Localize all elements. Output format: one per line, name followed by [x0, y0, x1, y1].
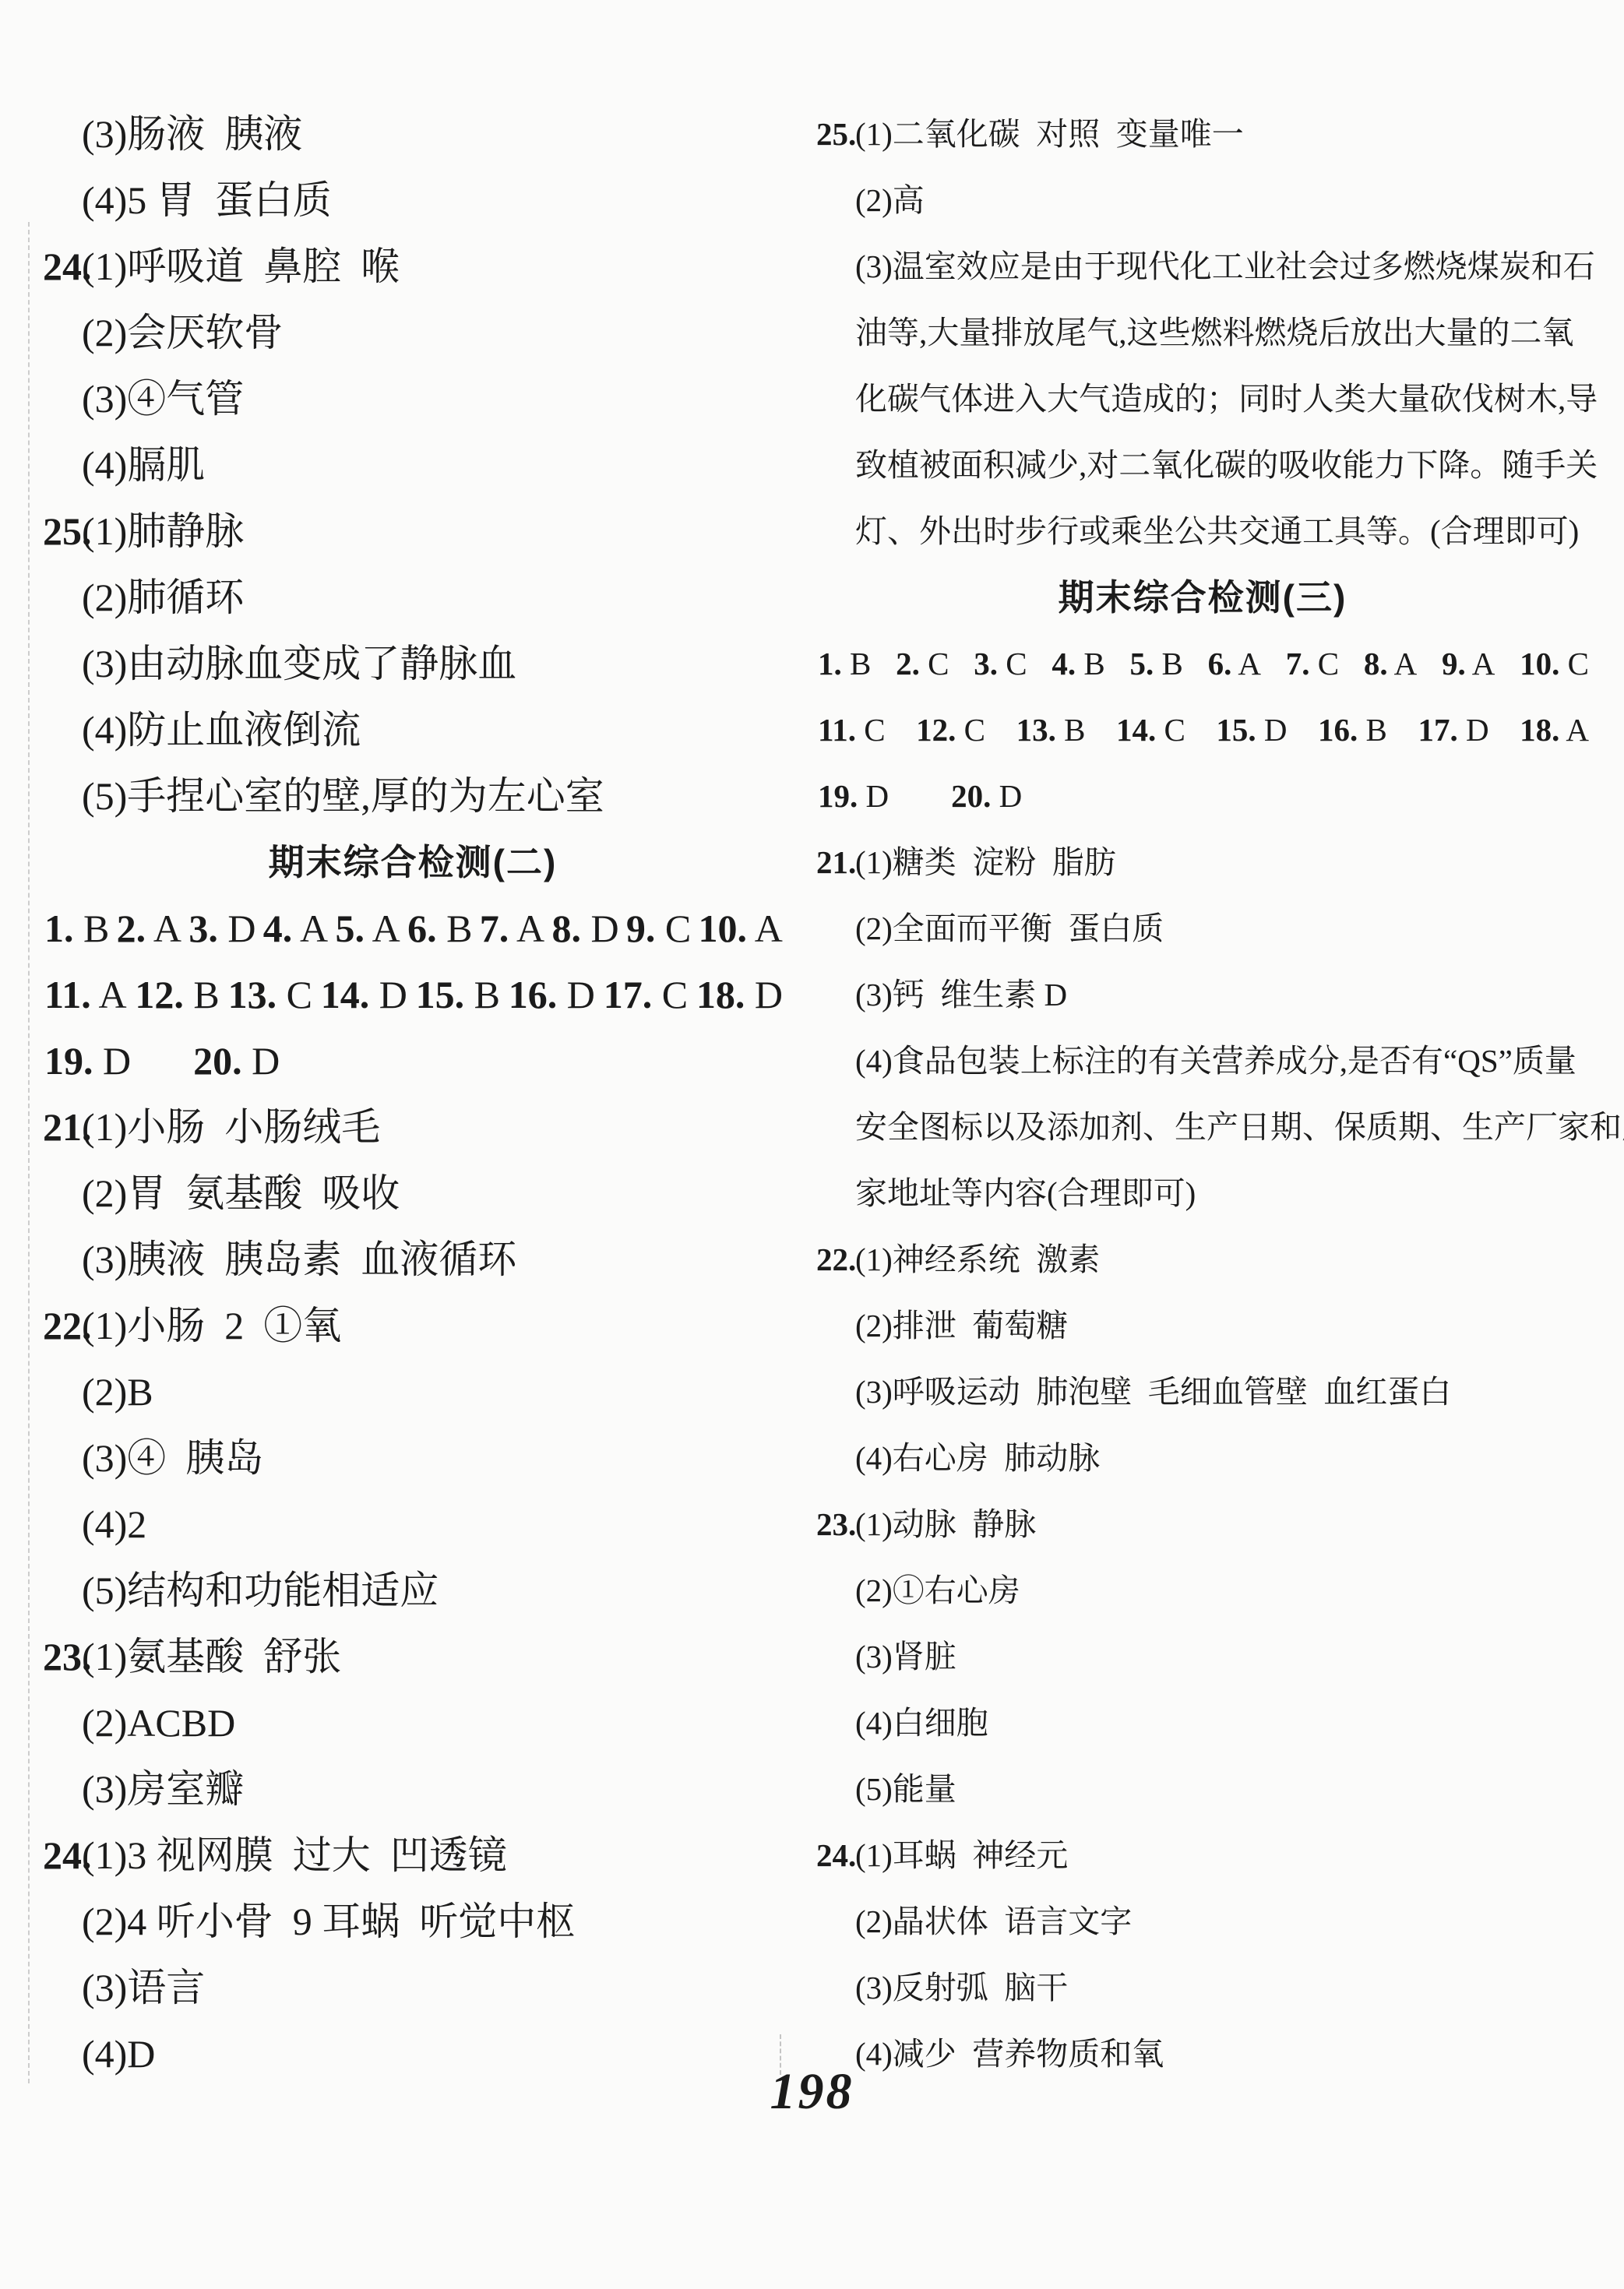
answer-text: (3)由动脉血变成了静脉血 — [82, 642, 516, 685]
choice-letter: A — [91, 973, 127, 1016]
choice-number: 7. — [480, 907, 509, 950]
choice-answer: 10. C — [1520, 631, 1589, 697]
choice-number: 9. — [1442, 646, 1466, 681]
choice-number: 19. — [818, 778, 858, 814]
answer-line: (5)手捏心室的壁,厚的为左心室 — [43, 763, 783, 829]
choice-answer: 1. B — [44, 896, 109, 962]
answer-line: (2)晶状体 语言文字 — [816, 1889, 1589, 1955]
answer-line: (2)排泄 葡萄糖 — [816, 1293, 1589, 1359]
answer-line: (5)结构和功能相适应 — [43, 1558, 783, 1624]
choice-letter: A — [509, 907, 544, 950]
answer-line: 21.(1)小肠 小肠绒毛 — [43, 1094, 783, 1160]
answer-text: (2)高 — [855, 182, 925, 218]
choice-number: 14. — [321, 973, 370, 1016]
choice-letter: D — [369, 973, 407, 1016]
choice-number: 2. — [896, 646, 920, 681]
answer-line: (2)胃 氨基酸 吸收 — [43, 1160, 783, 1227]
choice-letter: D — [557, 973, 595, 1016]
answer-line: (4)白细胞 — [816, 1690, 1589, 1756]
answer-line: 21.(1)糖类 淀粉 脂肪 — [816, 829, 1589, 896]
answer-text: (3)呼吸运动 肺泡壁 毛细血管壁 血红蛋白 — [855, 1374, 1451, 1410]
paragraph-line: 油等,大量排放尾气,这些燃料燃烧后放出大量的二氧 — [816, 300, 1589, 366]
choice-answer: 18. D — [696, 962, 783, 1028]
question-number: 24. — [43, 1822, 92, 1889]
answer-text: (1)小肠 小肠绒毛 — [82, 1105, 380, 1149]
choice-answer: 9. C — [626, 896, 691, 962]
choice-number: 20. — [193, 1039, 242, 1083]
paragraph-line: 安全图标以及添加剂、生产日期、保质期、生产厂家和厂 — [816, 1094, 1589, 1160]
answer-line: 23.(1)动脉 静脉 — [816, 1491, 1589, 1558]
choice-number: 7. — [1286, 646, 1310, 681]
answer-text: (2)4 听小骨 9 耳蜗 听觉中枢 — [82, 1900, 575, 1943]
answer-text: (2)①右心房 — [855, 1572, 1020, 1608]
choice-number: 13. — [228, 973, 277, 1016]
choice-number: 1. — [44, 907, 74, 950]
choice-number: 4. — [263, 907, 293, 950]
question-number: 23. — [43, 1624, 92, 1690]
choice-number: 18. — [1520, 712, 1559, 748]
answer-text: (1)神经系统 激素 — [855, 1241, 1100, 1277]
choice-letter: C — [652, 973, 688, 1016]
choice-letter: A — [1466, 646, 1495, 681]
answer-line: (4)膈肌 — [43, 432, 783, 498]
choice-answer: 15. B — [416, 962, 500, 1028]
answer-text: (3)胰液 胰岛素 血液循环 — [82, 1238, 516, 1281]
answer-line: (3)呼吸运动 肺泡壁 毛细血管壁 血红蛋白 — [816, 1359, 1589, 1425]
choice-answer: 10. A — [699, 896, 783, 962]
choice-answer: 7. A — [480, 896, 544, 962]
choice-number: 11. — [818, 712, 856, 748]
paragraph-line: 致植被面积减少,对二氧化碳的吸收能力下降。随手关 — [816, 432, 1589, 498]
choice-answer: 3. C — [974, 631, 1027, 697]
choice-letter: B — [184, 973, 220, 1016]
choice-letter: A — [1231, 646, 1261, 681]
answer-text: (1)糖类 淀粉 脂肪 — [855, 844, 1116, 880]
answer-line: 24.(1)3 视网膜 过大 凹透镜 — [43, 1822, 783, 1889]
question-number: 25. — [816, 101, 856, 167]
answer-text: (5)手捏心室的壁,厚的为左心室 — [82, 774, 604, 818]
answer-text: (2)晶状体 语言文字 — [855, 1903, 1132, 1939]
answer-text: (5)结构和功能相适应 — [82, 1569, 439, 1612]
choice-letter: B — [1154, 646, 1183, 681]
answer-text: (3)④ 胰岛 — [82, 1436, 263, 1480]
answer-line: (5)能量 — [816, 1756, 1589, 1822]
answer-line: 25.(1)肺静脉 — [43, 498, 783, 565]
answer-line: (3)房室瓣 — [43, 1756, 783, 1822]
choice-letter: C — [956, 712, 985, 748]
answer-line: 22.(1)小肠 2 ①氧 — [43, 1293, 783, 1359]
answer-text: (4)白细胞 — [855, 1705, 988, 1741]
choice-answer: 2. C — [896, 631, 949, 697]
choice-letter: C — [1310, 646, 1340, 681]
answer-line: (2)肺循环 — [43, 565, 783, 631]
choice-answer-row: 11. A12. B13. C14. D15. B16. D17. C18. D — [43, 962, 783, 1028]
answer-text: (3)钙 维生素 D — [855, 977, 1067, 1012]
answer-text: (4)2 — [82, 1502, 146, 1546]
answer-line: (2)全面而平衡 蛋白质 — [816, 896, 1589, 962]
paragraph-line: 灯、外出时步行或乘坐公共交通工具等。(合理即可) — [816, 498, 1589, 565]
choice-answer: 20. D — [951, 763, 1022, 829]
answer-text: (4)膈肌 — [82, 443, 205, 487]
choice-answer: 19. D — [818, 763, 889, 829]
choice-answer: 14. D — [321, 962, 407, 1028]
answer-line: (4)防止血液倒流 — [43, 697, 783, 763]
answer-text: (1)肺静脉 — [82, 509, 244, 553]
choice-answer: 15. D — [1216, 697, 1287, 763]
choice-letter: B — [437, 907, 473, 950]
choice-answer: 2. A — [117, 896, 181, 962]
answer-line: (2)①右心房 — [816, 1558, 1589, 1624]
paragraph-line: 化碳气体进入大气造成的；同时人类大量砍伐树木,导 — [816, 366, 1589, 432]
choice-number: 11. — [44, 973, 91, 1016]
answer-line: (3)由动脉血变成了静脉血 — [43, 631, 783, 697]
answer-text: (1)3 视网膜 过大 凹透镜 — [82, 1833, 507, 1877]
choice-answer: 11. A — [44, 962, 127, 1028]
choice-answer: 5. B — [1130, 631, 1183, 697]
choice-number: 18. — [696, 973, 745, 1016]
choice-answer-row: 11. C12. C13. B14. C15. D16. B17. D18. A — [816, 697, 1589, 763]
choice-letter: D — [218, 907, 256, 950]
choice-answer-row: 1. B2. A3. D4. A5. A6. B7. A8. D9. C10. … — [43, 896, 783, 962]
answer-text: (2)会厌软骨 — [82, 311, 283, 354]
paragraph-answer: (4)食品包装上标注的有关营养成分,是否有“QS”质量安全图标以及添加剂、生产日… — [816, 1028, 1589, 1227]
choice-answer: 4. A — [263, 896, 328, 962]
answer-text: (1)小肠 2 ①氧 — [82, 1304, 341, 1347]
choice-answer: 20. D — [193, 1028, 280, 1094]
choice-number: 15. — [416, 973, 465, 1016]
answer-text: (1)呼吸道 鼻腔 喉 — [82, 245, 400, 288]
choice-number: 5. — [335, 907, 365, 950]
question-number: 24. — [816, 1822, 856, 1889]
choice-letter: B — [1056, 712, 1086, 748]
left-column: (3)肠液 胰液(4)5 胃 蛋白质24.(1)呼吸道 鼻腔 喉(2)会厌软骨(… — [43, 101, 783, 2087]
answer-line: (3)语言 — [43, 1955, 783, 2021]
answer-text: (4)右心房 肺动脉 — [855, 1440, 1100, 1476]
paragraph-line: (3)温室效应是由于现代化工业社会过多燃烧煤炭和石 — [816, 234, 1589, 300]
choice-letter: D — [745, 973, 783, 1016]
choice-number: 5. — [1130, 646, 1154, 681]
choice-number: 12. — [916, 712, 956, 748]
binding-edge-line — [28, 222, 30, 2083]
question-number: 22. — [816, 1227, 856, 1293]
choice-number: 6. — [1208, 646, 1232, 681]
answer-text: (2)ACBD — [82, 1701, 235, 1745]
choice-number: 16. — [1318, 712, 1358, 748]
question-number: 25. — [43, 498, 92, 565]
choice-number: 17. — [1418, 712, 1457, 748]
choice-letter: D — [93, 1039, 132, 1083]
answer-text: (2)排泄 葡萄糖 — [855, 1308, 1068, 1343]
answer-text: (1)动脉 静脉 — [855, 1506, 1036, 1542]
section-heading: 期末综合检测(三) — [816, 565, 1589, 631]
answer-line: (4)右心房 肺动脉 — [816, 1425, 1589, 1491]
choice-number: 10. — [699, 907, 748, 950]
choice-number: 10. — [1520, 646, 1559, 681]
question-number: 22. — [43, 1293, 92, 1359]
choice-answer: 12. B — [135, 962, 219, 1028]
answer-text: (3)语言 — [82, 1966, 205, 2009]
answer-text: (2)肺循环 — [82, 576, 244, 619]
answer-text: (1)氨基酸 舒张 — [82, 1635, 341, 1678]
answer-line: (2)ACBD — [43, 1690, 783, 1756]
choice-answer: 16. D — [509, 962, 595, 1028]
choice-number: 8. — [551, 907, 581, 950]
answer-line: (3)钙 维生素 D — [816, 962, 1589, 1028]
choice-number: 14. — [1116, 712, 1156, 748]
choice-answer: 4. B — [1052, 631, 1104, 697]
choice-letter: A — [747, 907, 783, 950]
answer-line: (2)会厌软骨 — [43, 300, 783, 366]
choice-letter: B — [1076, 646, 1105, 681]
paragraph-line: (4)食品包装上标注的有关营养成分,是否有“QS”质量 — [816, 1028, 1589, 1094]
choice-number: 6. — [407, 907, 437, 950]
answer-text: (1)耳蜗 神经元 — [855, 1837, 1068, 1873]
choice-number: 2. — [117, 907, 146, 950]
answer-line: (3)④ 胰岛 — [43, 1425, 783, 1491]
choice-letter: C — [277, 973, 312, 1016]
choice-number: 12. — [135, 973, 184, 1016]
question-number: 24. — [43, 234, 92, 300]
paragraph-answer: (3)温室效应是由于现代化工业社会过多燃烧煤炭和石油等,大量排放尾气,这些燃料燃… — [816, 234, 1589, 565]
answer-line: 24.(1)耳蜗 神经元 — [816, 1822, 1589, 1889]
choice-answer: 6. B — [407, 896, 472, 962]
answer-line: 25.(1)二氧化碳 对照 变量唯一 — [816, 101, 1589, 167]
answer-text: (3)房室瓣 — [82, 1767, 244, 1811]
choice-answer: 8. A — [1364, 631, 1417, 697]
choice-number: 16. — [509, 973, 558, 1016]
answer-line: (2)B — [43, 1359, 783, 1425]
answer-line: (4)5 胃 蛋白质 — [43, 167, 783, 234]
choice-letter: D — [581, 907, 619, 950]
question-number: 21. — [43, 1094, 92, 1160]
choice-letter: D — [1256, 712, 1288, 748]
answer-line: (3)肠液 胰液 — [43, 101, 783, 167]
choice-letter: C — [856, 712, 886, 748]
choice-letter: C — [1559, 646, 1589, 681]
choice-answer: 14. C — [1116, 697, 1185, 763]
answer-text: (2)全面而平衡 蛋白质 — [855, 910, 1164, 946]
answer-text: (2)胃 氨基酸 吸收 — [82, 1171, 400, 1215]
choice-answer: 16. B — [1318, 697, 1387, 763]
answer-text: (3)肠液 胰液 — [82, 112, 302, 156]
choice-answer: 17. C — [604, 962, 688, 1028]
choice-letter: B — [842, 646, 872, 681]
section-heading: 期末综合检测(二) — [43, 829, 783, 896]
choice-answer: 12. C — [916, 697, 985, 763]
answer-text: (1)二氧化碳 对照 变量唯一 — [855, 116, 1244, 152]
choice-number: 1. — [818, 646, 842, 681]
paragraph-line: 家地址等内容(合理即可) — [816, 1160, 1589, 1227]
choice-number: 4. — [1052, 646, 1076, 681]
choice-number: 8. — [1364, 646, 1388, 681]
answer-line: (2)高 — [816, 167, 1589, 234]
right-column: 25.(1)二氧化碳 对照 变量唯一(2)高(3)温室效应是由于现代化工业社会过… — [816, 101, 1589, 2087]
choice-number: 3. — [974, 646, 998, 681]
answer-line: (3)肾脏 — [816, 1624, 1589, 1690]
choice-letter: D — [991, 778, 1022, 814]
choice-answer-row: 1. B2. C3. C4. B5. B6. A7. C8. A9. A10. … — [816, 631, 1589, 697]
choice-answer: 5. A — [335, 896, 400, 962]
choice-letter: A — [146, 907, 181, 950]
choice-answer-row: 19. D20. D — [43, 1028, 783, 1094]
choice-number: 15. — [1216, 712, 1256, 748]
choice-letter: A — [1388, 646, 1418, 681]
choice-letter: B — [464, 973, 500, 1016]
choice-answer: 8. D — [551, 896, 618, 962]
choice-letter: D — [242, 1039, 280, 1083]
answer-line: (3)④气管 — [43, 366, 783, 432]
choice-answer: 9. A — [1442, 631, 1495, 697]
answer-line: (2)4 听小骨 9 耳蜗 听觉中枢 — [43, 1889, 783, 1955]
answer-line: (4)2 — [43, 1491, 783, 1558]
choice-answer: 19. D — [44, 1028, 131, 1094]
choice-number: 3. — [188, 907, 218, 950]
answer-text: (4)防止血液倒流 — [82, 708, 361, 752]
answer-text: (3)反射弧 脑干 — [855, 1970, 1068, 2006]
answer-text: (5)能量 — [855, 1771, 956, 1807]
choice-answer: 17. D — [1418, 697, 1488, 763]
answer-line: 24.(1)呼吸道 鼻腔 喉 — [43, 234, 783, 300]
answer-text: (3)肾脏 — [855, 1639, 956, 1674]
choice-letter: B — [74, 907, 110, 950]
choice-answer: 1. B — [818, 631, 871, 697]
choice-number: 20. — [951, 778, 991, 814]
choice-answer: 6. A — [1208, 631, 1261, 697]
choice-letter: D — [858, 778, 889, 814]
choice-answer-row: 19. D20. D — [816, 763, 1589, 829]
choice-letter: A — [1559, 712, 1589, 748]
choice-letter: A — [292, 907, 328, 950]
choice-answer: 3. D — [188, 896, 255, 962]
choice-letter: A — [365, 907, 400, 950]
choice-number: 17. — [604, 973, 653, 1016]
choice-answer: 11. C — [818, 697, 886, 763]
answer-text: (2)B — [82, 1370, 153, 1414]
answer-key-page: (3)肠液 胰液(4)5 胃 蛋白质24.(1)呼吸道 鼻腔 喉(2)会厌软骨(… — [0, 0, 1624, 2289]
choice-answer: 7. C — [1286, 631, 1339, 697]
choice-letter: B — [1358, 712, 1387, 748]
choice-number: 13. — [1016, 712, 1056, 748]
choice-letter: C — [1156, 712, 1185, 748]
choice-letter: C — [655, 907, 691, 950]
page-number: 198 — [0, 2062, 1624, 2122]
answer-line: (3)胰液 胰岛素 血液循环 — [43, 1227, 783, 1293]
choice-answer: 13. C — [228, 962, 312, 1028]
answer-text: (4)5 胃 蛋白质 — [82, 178, 332, 222]
choice-letter: C — [920, 646, 949, 681]
question-number: 21. — [816, 829, 856, 896]
choice-answer: 13. B — [1016, 697, 1086, 763]
answer-line: 22.(1)神经系统 激素 — [816, 1227, 1589, 1293]
answer-text: (3)④气管 — [82, 377, 244, 421]
answer-line: (3)反射弧 脑干 — [816, 1955, 1589, 2021]
question-number: 23. — [816, 1491, 856, 1558]
choice-number: 19. — [44, 1039, 93, 1083]
choice-letter: D — [1458, 712, 1489, 748]
answer-line: 23.(1)氨基酸 舒张 — [43, 1624, 783, 1690]
choice-answer: 18. A — [1520, 697, 1589, 763]
choice-number: 9. — [626, 907, 656, 950]
choice-letter: C — [998, 646, 1027, 681]
